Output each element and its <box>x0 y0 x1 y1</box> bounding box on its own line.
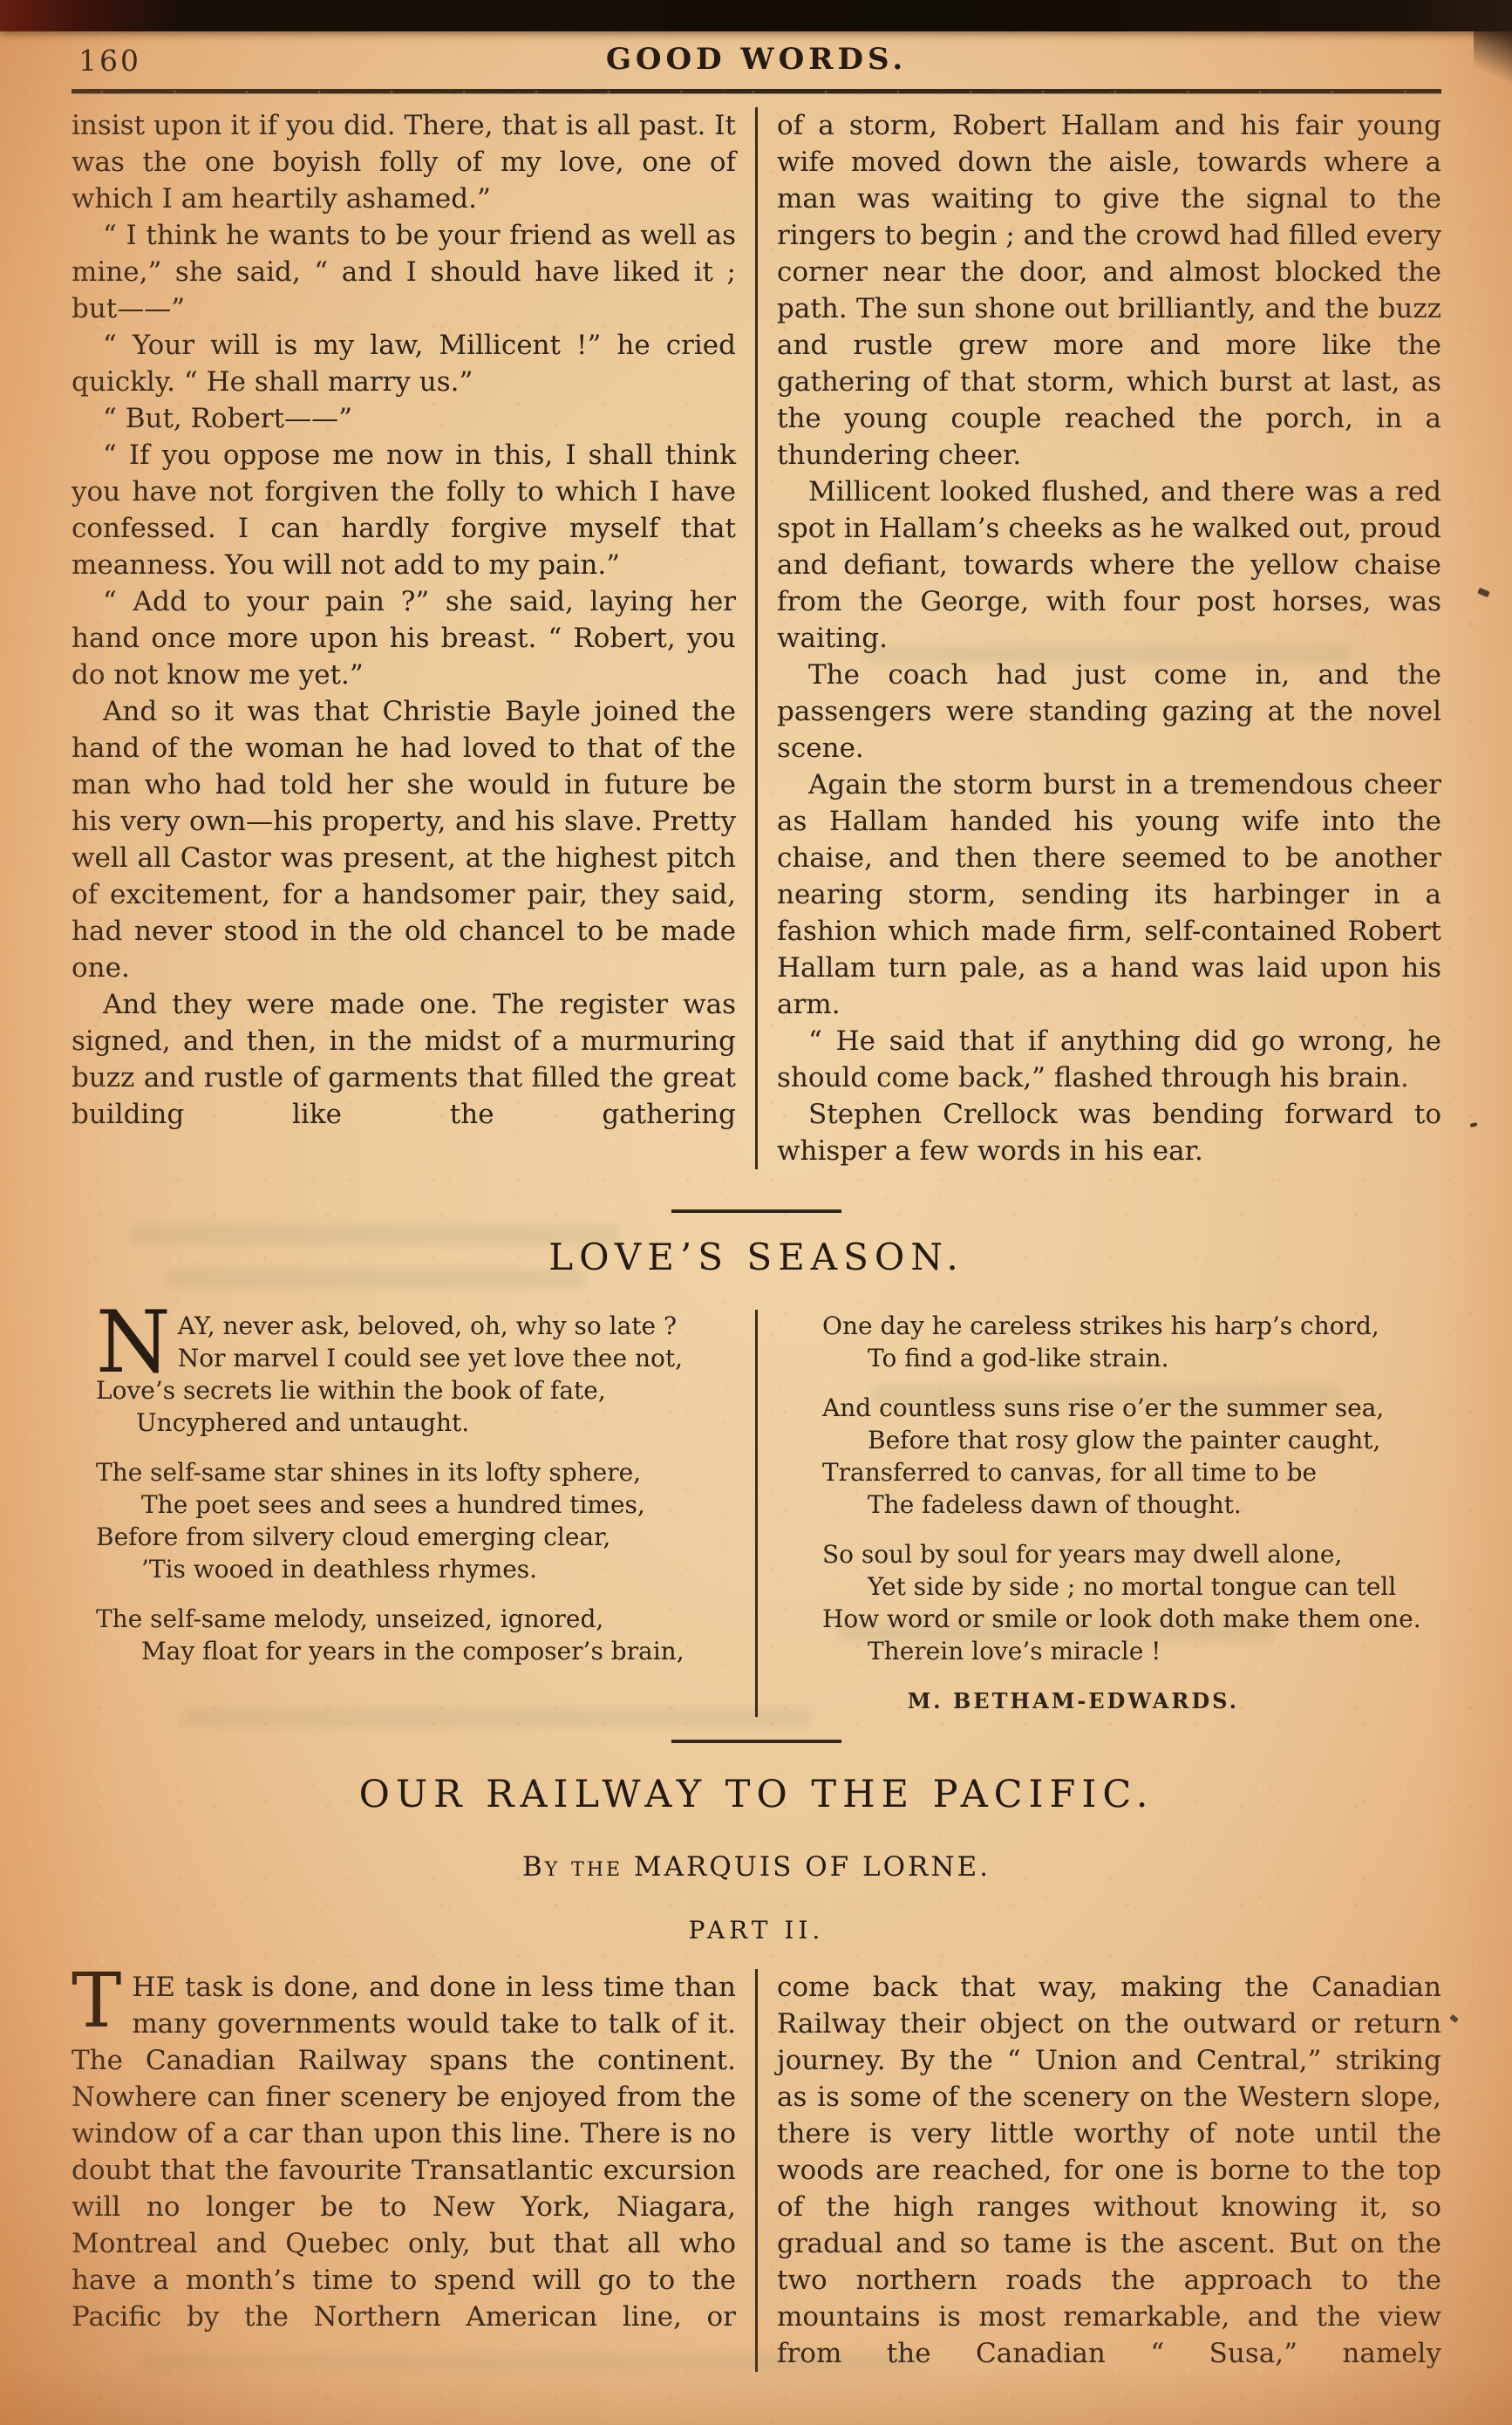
poem-line: AY, never ask, beloved, oh, why so late … <box>96 1310 736 1342</box>
article-paragraph-text: HE task is done, and done in less time t… <box>72 1972 736 2333</box>
running-header: 160 GOOD WORDS. <box>72 38 1441 84</box>
poem-line: Yet side by side ; no mortal tongue can … <box>822 1570 1441 1603</box>
story-paragraph: Millicent looked flushed, and there was … <box>777 473 1441 657</box>
article-left-column: THE task is done, and done in less time … <box>72 1969 736 2372</box>
poem-line: The fadeless dawn of thought. <box>822 1488 1441 1521</box>
story-right-column: of a storm, Robert Hallam and his fair y… <box>777 107 1441 1169</box>
poem-line: May float for years in the composer’s br… <box>96 1635 736 1667</box>
poem-title: LOVE’S SEASON. <box>72 1236 1441 1278</box>
story-paragraph: of a storm, Robert Hallam and his fair y… <box>777 107 1441 473</box>
section-divider <box>671 1740 841 1743</box>
poem-left-column: N AY, never ask, beloved, oh, why so lat… <box>72 1310 736 1717</box>
scanned-book-page: 160 GOOD WORDS. insist upon it if you di… <box>0 0 1512 2425</box>
article-columns: THE task is done, and done in less time … <box>72 1969 1441 2372</box>
column-divider-rule <box>755 1969 758 2372</box>
poem-stanza: N AY, never ask, beloved, oh, why so lat… <box>96 1310 736 1439</box>
article-section: OUR RAILWAY TO THE PACIFIC. By the MARQU… <box>72 1773 1441 2372</box>
poem-line: And countless suns rise o’er the summer … <box>822 1392 1441 1424</box>
story-paragraph: And they were made one. The register was… <box>72 986 736 1133</box>
column-divider-rule <box>755 107 758 1169</box>
serial-story-section: insist upon it if you did. There, that i… <box>72 107 1441 1169</box>
poem-line: Before from silvery cloud emerging clear… <box>96 1521 736 1553</box>
poem-stanza: One day he careless strikes his harp’s c… <box>822 1310 1441 1374</box>
poem-line: So soul by soul for years may dwell alon… <box>822 1538 1441 1570</box>
poem-line: The self-same star shines in its lofty s… <box>96 1456 736 1488</box>
section-divider <box>671 1209 841 1213</box>
story-paragraph: Again the storm burst in a tremendous ch… <box>777 766 1441 1023</box>
poem-stanza: And countless suns rise o’er the summer … <box>822 1392 1441 1521</box>
article-part-label: PART II. <box>72 1916 1441 1945</box>
header-rule <box>72 89 1441 93</box>
poem-right-column: One day he careless strikes his harp’s c… <box>777 1310 1441 1717</box>
story-paragraph: “ Your will is my law, Millicent !” he c… <box>72 327 736 400</box>
poem-stanza: So soul by soul for years may dwell alon… <box>822 1538 1441 1667</box>
story-paragraph: “ But, Robert——” <box>72 400 736 437</box>
story-paragraph: And so it was that Christie Bayle joined… <box>72 693 736 986</box>
scan-top-edge <box>0 0 1512 31</box>
poem-line: How word or smile or look doth make them… <box>822 1603 1441 1635</box>
story-paragraph: “ If you oppose me now in this, I shall … <box>72 437 736 583</box>
story-paragraph: insist upon it if you did. There, that i… <box>72 107 736 217</box>
poem-line: The self-same melody, unseized, ignored, <box>96 1603 736 1635</box>
poem-column-divider-rule <box>755 1310 758 1717</box>
poem-line: Uncyphered and untaught. <box>96 1407 736 1439</box>
article-right-column: come back that way, making the Canadian … <box>777 1969 1441 2372</box>
poem-line: To find a god-like strain. <box>822 1342 1441 1374</box>
story-left-column: insist upon it if you did. There, that i… <box>72 107 736 1169</box>
article-paragraph: come back that way, making the Canadian … <box>777 1969 1441 2372</box>
poem-author: M. BETHAM-EDWARDS. <box>822 1685 1441 1717</box>
page-content: 160 GOOD WORDS. insist upon it if you di… <box>0 38 1512 2372</box>
story-paragraph: “ I think he wants to be your friend as … <box>72 217 736 327</box>
article-byline: By the MARQUIS OF LORNE. <box>72 1851 1441 1883</box>
drop-cap: T <box>72 1969 132 2031</box>
poem-line: ’Tis wooed in deathless rhymes. <box>96 1553 736 1585</box>
article-paragraph: THE task is done, and done in less time … <box>72 1969 736 2335</box>
page-number: 160 <box>78 44 141 78</box>
journal-title: GOOD WORDS. <box>606 42 907 77</box>
poem-line: Before that rosy glow the painter caught… <box>822 1424 1441 1456</box>
poem-line: The poet sees and sees a hundred times, <box>96 1488 736 1521</box>
poem-line: One day he careless strikes his harp’s c… <box>822 1310 1441 1342</box>
poem-stanza: The self-same star shines in its lofty s… <box>96 1456 736 1585</box>
story-paragraph: “ Add to your pain ?” she said, laying h… <box>72 583 736 693</box>
poem-stanza: The self-same melody, unseized, ignored,… <box>96 1603 736 1667</box>
story-paragraph: “ He said that if anything did go wrong,… <box>777 1023 1441 1096</box>
poem-line: Love’s secrets lie within the book of fa… <box>96 1374 736 1407</box>
story-paragraph: Stephen Crellock was bending forward to … <box>777 1096 1441 1169</box>
poem-line: Nor marvel I could see yet love thee not… <box>96 1342 736 1374</box>
article-title: OUR RAILWAY TO THE PACIFIC. <box>72 1773 1441 1816</box>
poem-line: Transferred to canvas, for all time to b… <box>822 1456 1441 1488</box>
story-paragraph: The coach had just come in, and the pass… <box>777 657 1441 766</box>
poem-line: Therein love’s miracle ! <box>822 1635 1441 1667</box>
poem-section: LOVE’S SEASON. N AY, never ask, beloved,… <box>72 1236 1441 1717</box>
drop-cap: N <box>96 1310 178 1374</box>
poem-columns: N AY, never ask, beloved, oh, why so lat… <box>72 1310 1441 1717</box>
